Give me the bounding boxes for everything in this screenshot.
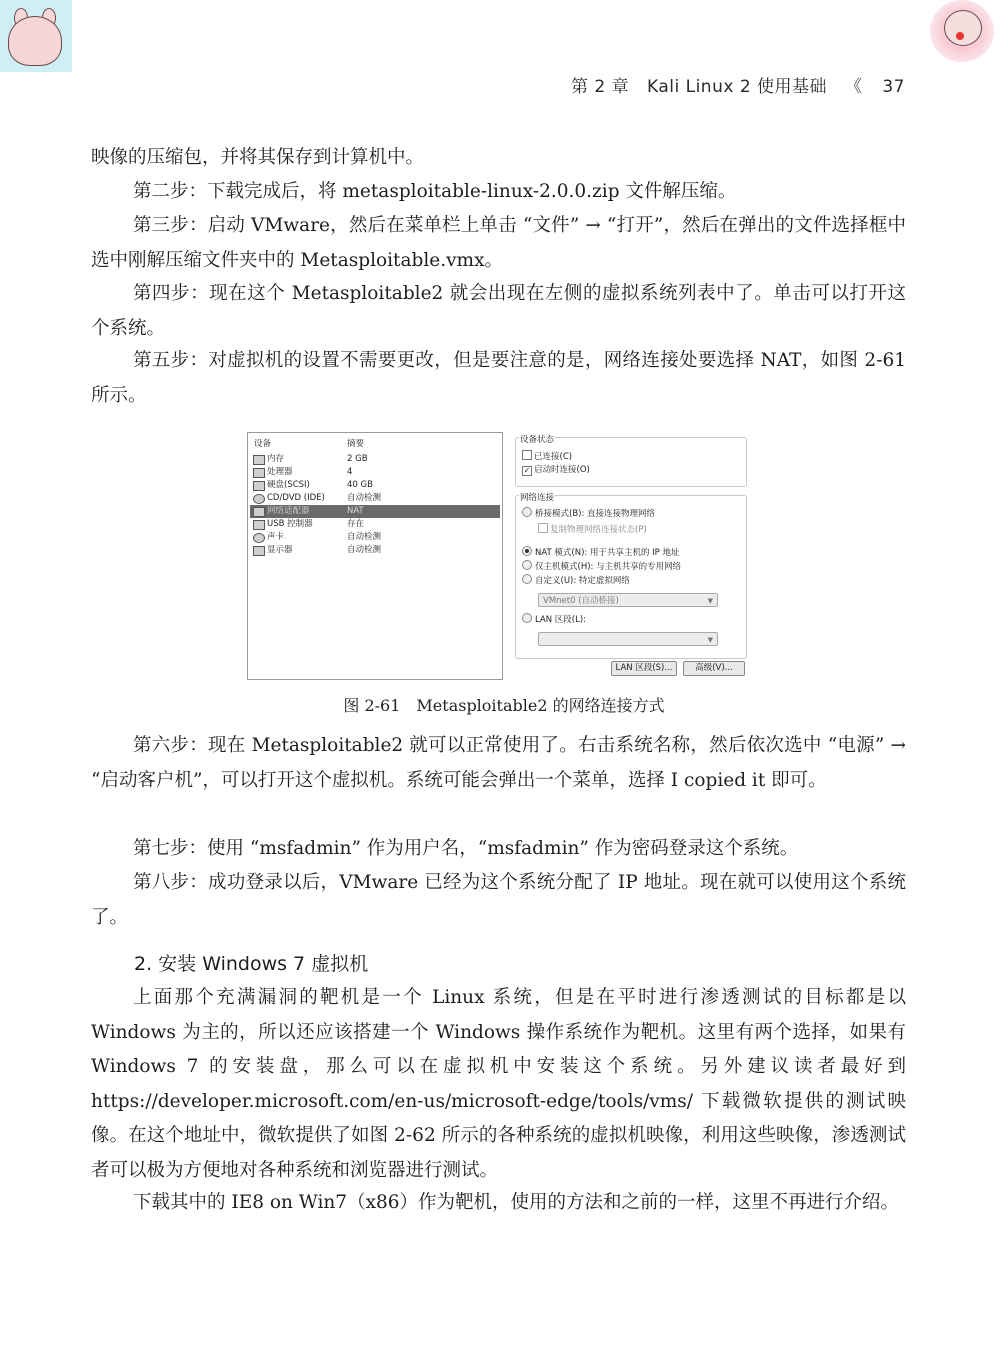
device-value: 2 GB — [347, 453, 368, 466]
connect-on-start-checkbox[interactable]: ✓启动时连接(O) — [522, 464, 590, 476]
bunny-sticker-right-icon — [930, 0, 994, 62]
column-summary: 摘要 — [347, 437, 364, 449]
device-value: 自动检测 — [347, 531, 381, 544]
chapter-marker: 《 — [845, 77, 863, 97]
device-row-memory[interactable]: 内存 2 GB — [250, 453, 500, 466]
device-row-processor[interactable]: 处理器 4 — [250, 466, 500, 479]
checkbox-unchecked-icon — [538, 523, 548, 533]
bunny-face — [944, 10, 982, 46]
device-row-usb[interactable]: USB 控制器 存在 — [250, 518, 500, 531]
custom-label: 自定义(U): 特定虚拟网络 — [535, 576, 630, 586]
bunny-sticker-left-icon — [0, 0, 72, 72]
device-list-panel: 设备 摘要 内存 2 GB 处理器 4 硬盘(SCSI) 40 GB CD/DV… — [247, 432, 503, 680]
processor-icon — [253, 468, 265, 478]
device-value: 自动检测 — [347, 492, 381, 505]
custom-network-select[interactable]: VMnet0 (自动桥接) ▼ — [538, 593, 718, 607]
lan-segment-radio[interactable]: LAN 区段(L): — [522, 613, 586, 625]
connect-on-start-label: 启动时连接(O) — [534, 465, 590, 475]
running-head: 第 2 章 Kali Linux 2 使用基础 《 37 — [571, 72, 905, 97]
figure-caption: 图 2-61 Metasploitable2 的网络连接方式 — [0, 693, 1008, 716]
paragraph-ie8: 下载其中的 IE8 on Win7（x86）作为靶机，使用的方法和之前的一样，这… — [91, 1186, 906, 1221]
paragraph-step6: 第六步：现在 Metasploitable2 就可以正常使用了。右击系统名称，然… — [91, 729, 906, 798]
device-name: CD/DVD (IDE) — [267, 492, 325, 505]
bunny-face — [8, 16, 62, 66]
paragraph-windows7: 上面那个充满漏洞的靶机是一个 Linux 系统，但是在平时进行渗透测试的目标都是… — [91, 981, 906, 1188]
nat-label: NAT 模式(N): 用于共享主机的 IP 地址 — [535, 548, 680, 558]
harddisk-icon — [253, 481, 265, 491]
paragraph-step8: 第八步：成功登录以后，VMware 已经为这个系统分配了 IP 地址。现在就可以… — [91, 866, 906, 935]
paragraph-step2: 第二步：下载完成后，将 metasploitable-linux-2.0.0.z… — [91, 175, 906, 210]
host-only-label: 仅主机模式(H): 与主机共享的专用网络 — [535, 562, 681, 572]
device-row-display[interactable]: 显示器 自动检测 — [250, 544, 500, 557]
device-row-network-adapter[interactable]: 网络适配器 NAT — [250, 505, 500, 518]
lan-segment-select[interactable]: ▼ — [538, 632, 718, 646]
advanced-button[interactable]: 高级(V)... — [683, 661, 745, 676]
device-value: 自动检测 — [347, 544, 381, 557]
column-device: 设备 — [254, 437, 271, 449]
device-row-cdrom[interactable]: CD/DVD (IDE) 自动检测 — [250, 492, 500, 505]
device-name: 硬盘(SCSI) — [267, 479, 310, 492]
chevron-down-icon: ▼ — [708, 633, 713, 647]
paragraph-step5: 第五步：对虚拟机的设置不需要更改，但是要注意的是，网络连接处要选择 NAT，如图… — [91, 344, 906, 413]
network-connection-group: 网络连接 桥接模式(B): 直接连接物理网络 复制物理网络连接状态(P) NAT… — [515, 495, 747, 659]
radio-on-icon — [522, 546, 532, 556]
radio-off-icon — [522, 507, 532, 517]
custom-network-value: VMnet0 (自动桥接) — [543, 596, 619, 606]
bridged-radio[interactable]: 桥接模式(B): 直接连接物理网络 — [522, 507, 655, 519]
section-title: 2. 安装 Windows 7 虚拟机 — [134, 949, 368, 976]
paragraph: 映像的压缩包，并将其保存到计算机中。 — [91, 141, 906, 176]
paragraph-step7: 第七步：使用 “msfadmin” 作为用户名，“msfadmin” 作为密码登… — [91, 832, 906, 867]
lan-segment-label: LAN 区段(L): — [535, 615, 586, 625]
checkbox-checked-icon: ✓ — [522, 466, 532, 476]
host-only-radio[interactable]: 仅主机模式(H): 与主机共享的专用网络 — [522, 560, 681, 572]
radio-off-icon — [522, 613, 532, 623]
paragraph-step3: 第三步：启动 VMware，然后在菜单栏上单击 “文件” → “打开”，然后在弹… — [91, 209, 906, 278]
sound-icon — [253, 533, 265, 543]
chevron-down-icon: ▼ — [708, 594, 713, 608]
device-name: 显示器 — [267, 544, 293, 557]
device-status-group: 设备状态 已连接(C) ✓启动时连接(O) — [515, 437, 747, 487]
bridged-label: 桥接模式(B): 直接连接物理网络 — [535, 509, 655, 519]
connected-checkbox[interactable]: 已连接(C) — [522, 450, 572, 462]
network-connection-title: 网络连接 — [519, 491, 555, 503]
nat-radio[interactable]: NAT 模式(N): 用于共享主机的 IP 地址 — [522, 546, 680, 558]
device-value: 4 — [347, 466, 352, 479]
device-row-harddisk[interactable]: 硬盘(SCSI) 40 GB — [250, 479, 500, 492]
device-name: 声卡 — [267, 531, 284, 544]
lan-segments-button[interactable]: LAN 区段(S)... — [611, 661, 677, 676]
replicate-label: 复制物理网络连接状态(P) — [550, 525, 647, 535]
radio-off-icon — [522, 560, 532, 570]
device-name: 网络适配器 — [267, 505, 310, 518]
device-name: 处理器 — [267, 466, 293, 479]
radio-off-icon — [522, 574, 532, 584]
display-icon — [253, 546, 265, 556]
device-value: 存在 — [347, 518, 364, 531]
device-status-title: 设备状态 — [519, 433, 555, 445]
replicate-state-checkbox[interactable]: 复制物理网络连接状态(P) — [538, 523, 647, 535]
vm-settings-figure: 设备 摘要 内存 2 GB 处理器 4 硬盘(SCSI) 40 GB CD/DV… — [247, 432, 747, 679]
device-value: NAT — [347, 505, 364, 518]
chapter-label: 第 2 章 — [571, 77, 629, 97]
device-name: 内存 — [267, 453, 284, 466]
device-name: USB 控制器 — [267, 518, 313, 531]
device-row-sound[interactable]: 声卡 自动检测 — [250, 531, 500, 544]
cdrom-icon — [253, 494, 265, 504]
device-value: 40 GB — [347, 479, 373, 492]
memory-icon — [253, 455, 265, 465]
page-number: 37 — [882, 77, 905, 97]
bunny-mouth — [956, 32, 964, 40]
connected-label: 已连接(C) — [534, 452, 572, 462]
chapter-title: Kali Linux 2 使用基础 — [647, 77, 827, 97]
network-adapter-icon — [253, 507, 265, 517]
paragraph-step4: 第四步：现在这个 Metasploitable2 就会出现在左侧的虚拟系统列表中… — [91, 277, 906, 346]
checkbox-unchecked-icon — [522, 450, 532, 460]
usb-icon — [253, 520, 265, 530]
custom-radio[interactable]: 自定义(U): 特定虚拟网络 — [522, 574, 630, 586]
